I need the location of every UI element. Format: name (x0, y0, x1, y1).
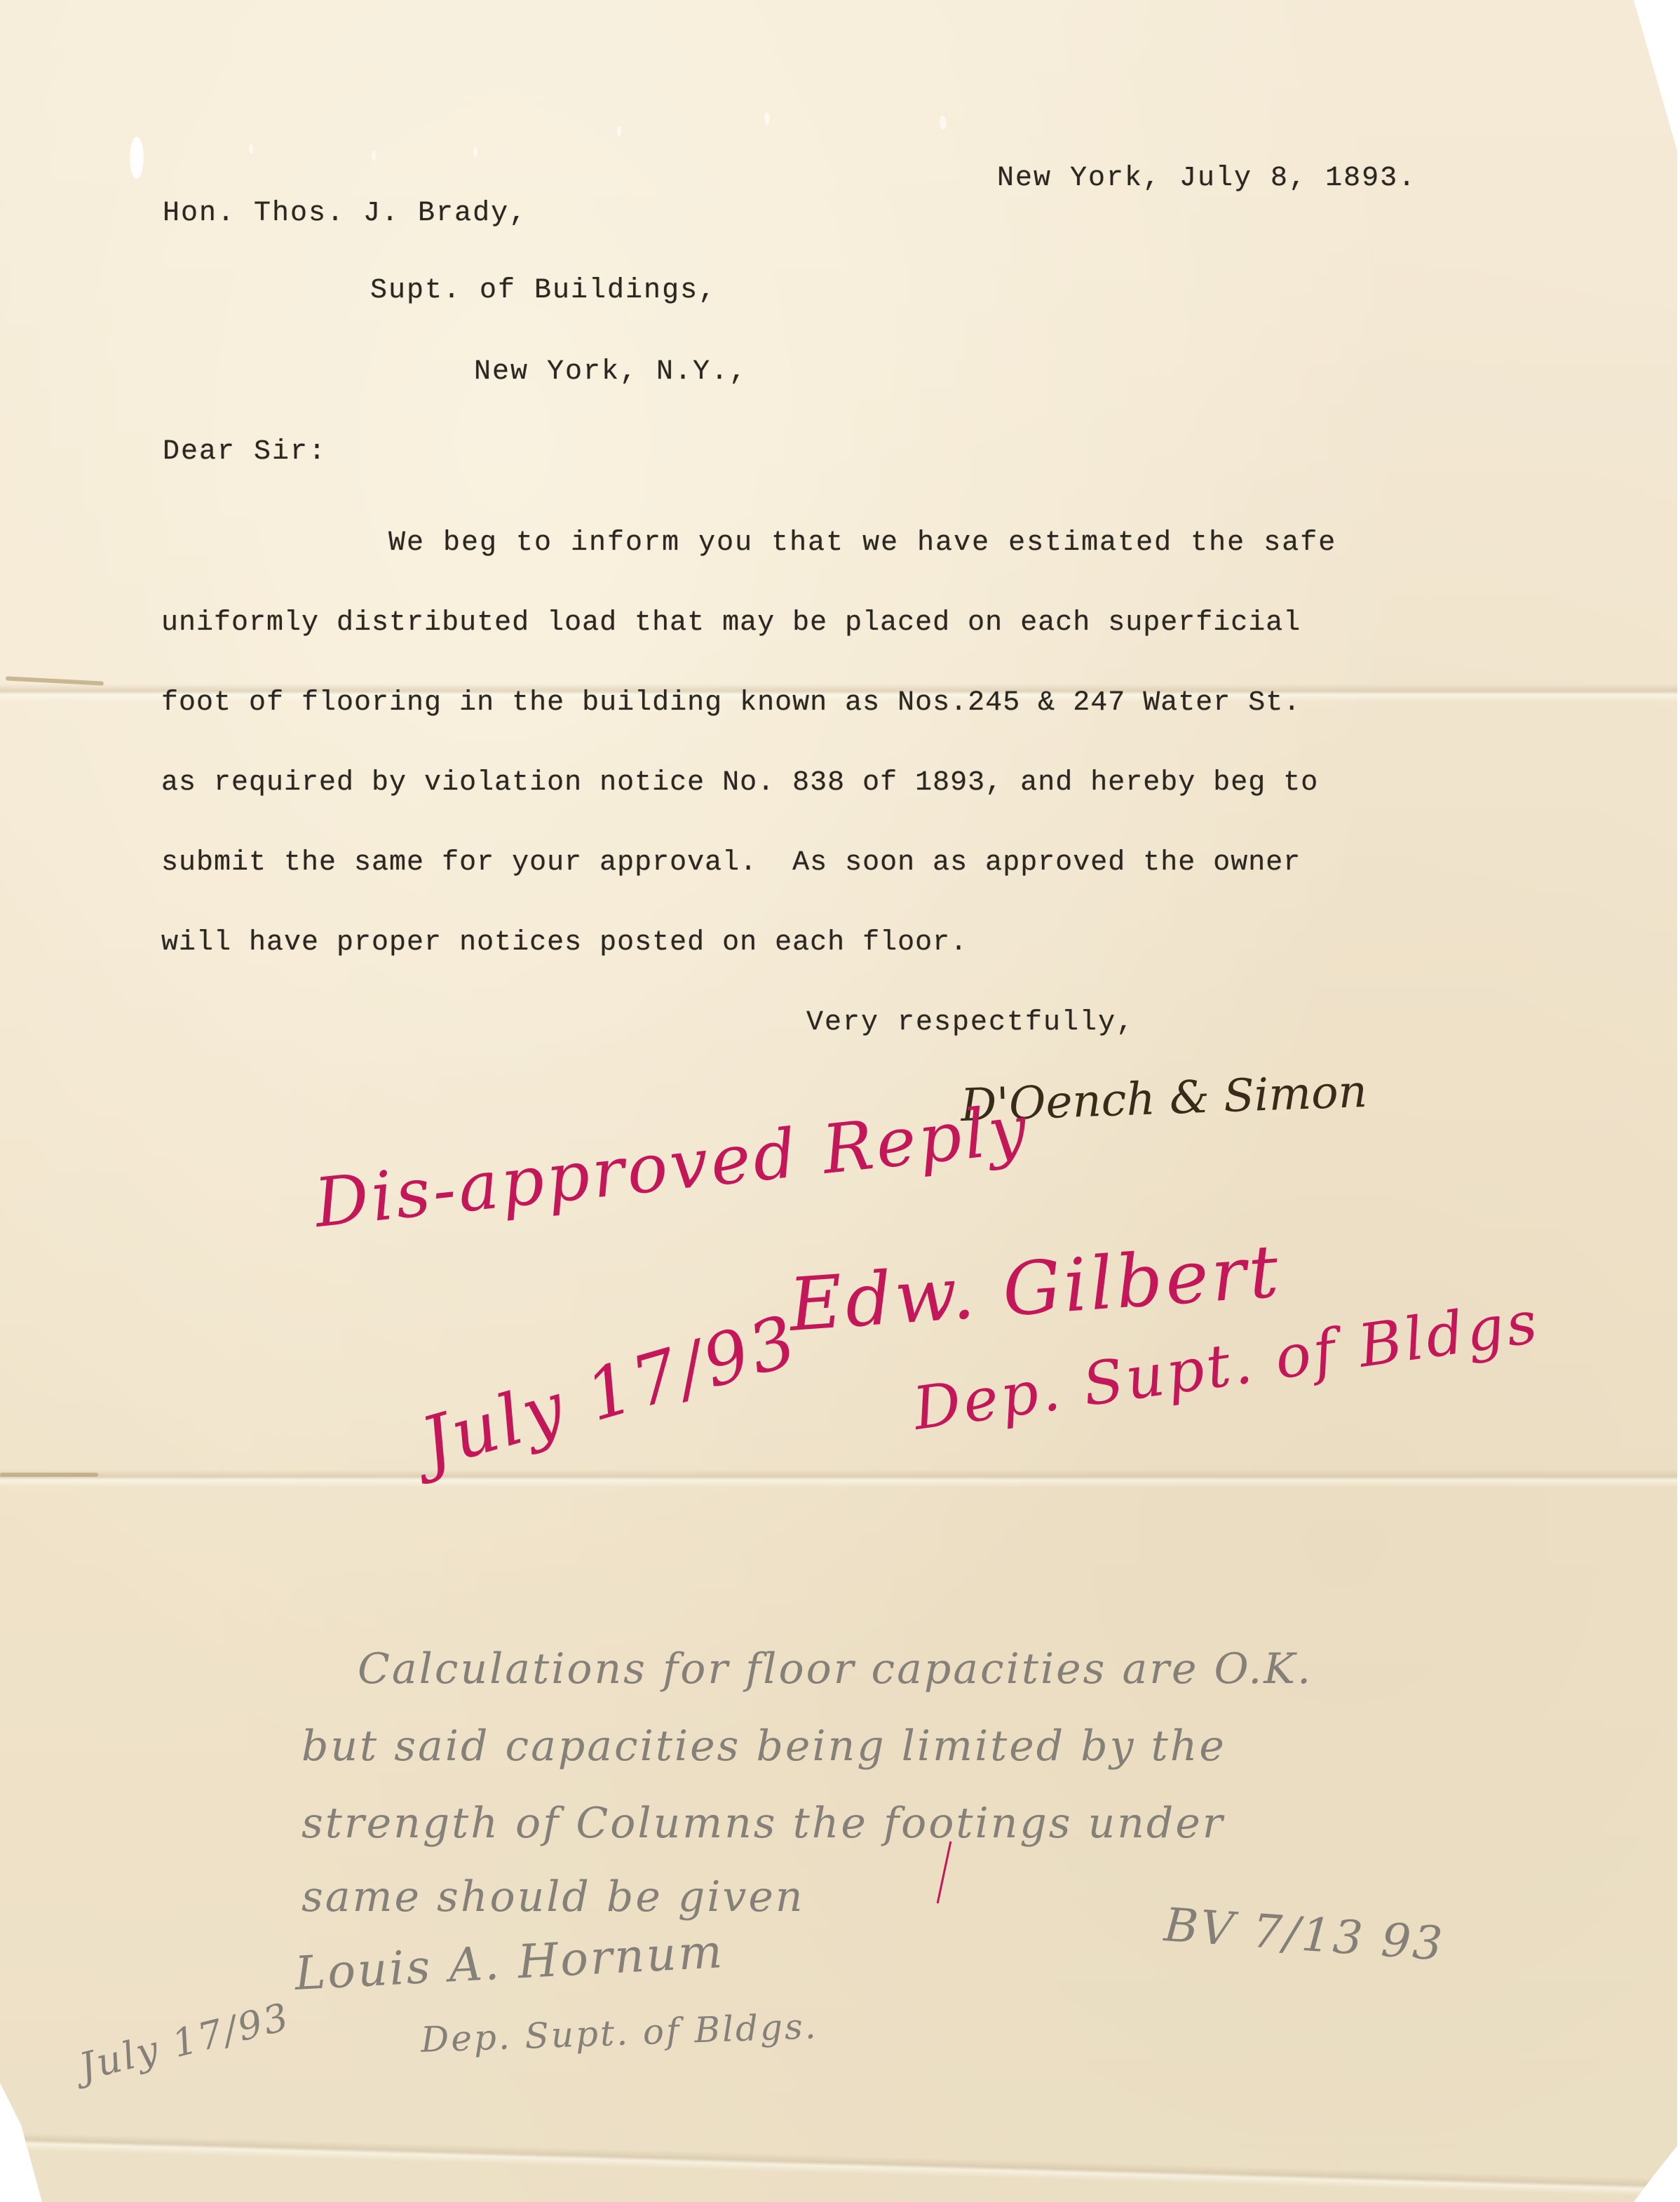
body-line: We beg to inform you that we have estima… (388, 527, 1336, 559)
staple-hole (372, 151, 376, 161)
body-line: foot of flooring in the building known a… (161, 687, 1301, 719)
pencil-note-line: strength of Columns the footings under (302, 1799, 1225, 1848)
edge-tear-middle (0, 1473, 98, 1477)
staple-hole (617, 126, 621, 136)
body-line: uniformly distributed load that may be p… (161, 607, 1301, 639)
staple-hole (473, 147, 477, 157)
salutation: Dear Sir: (163, 436, 327, 468)
disapproval-note: Dis-approved Reply (311, 1090, 1033, 1243)
pencil-reference: BV 7/13 93 (1163, 1898, 1447, 1971)
closing: Very respectfully, (806, 1007, 1134, 1039)
pencil-note-line: but said capacities being limited by the (302, 1722, 1226, 1771)
body-line: as required by violation notice No. 838 … (161, 767, 1318, 799)
staple-hole (249, 144, 253, 154)
pencil-signature: Louis A. Hornum (293, 1924, 725, 2001)
letter-paper: New York, July 8, 1893. Hon. Thos. J. Br… (0, 0, 1680, 2202)
fold-crease-bottom (0, 2132, 1679, 2197)
recipient-city: New York, N.Y., (474, 356, 747, 388)
staple-hole (764, 112, 770, 125)
red-check-mark (937, 1842, 952, 1904)
recipient-title: Supt. of Buildings, (370, 275, 717, 306)
dateline: New York, July 8, 1893. (997, 163, 1416, 194)
red-date: July 17/93 (412, 1299, 808, 1485)
pencil-signer-title: Dep. Supt. of Bldgs. (420, 2006, 818, 2060)
pencil-date: July 17/93 (75, 1994, 294, 2089)
body-line: will have proper notices posted on each … (161, 927, 968, 959)
recipient-name: Hon. Thos. J. Brady, (163, 198, 527, 229)
staple-hole (940, 116, 947, 130)
pencil-note-line: Calculations for floor capacities are O.… (358, 1644, 1313, 1694)
body-line: submit the same for your approval. As so… (161, 847, 1301, 879)
staple-hole (130, 137, 144, 179)
fold-crease-middle (0, 1469, 1680, 1487)
red-signature: Edw. Gilbert (786, 1228, 1283, 1348)
pencil-note-line: same should be given (302, 1872, 805, 1921)
